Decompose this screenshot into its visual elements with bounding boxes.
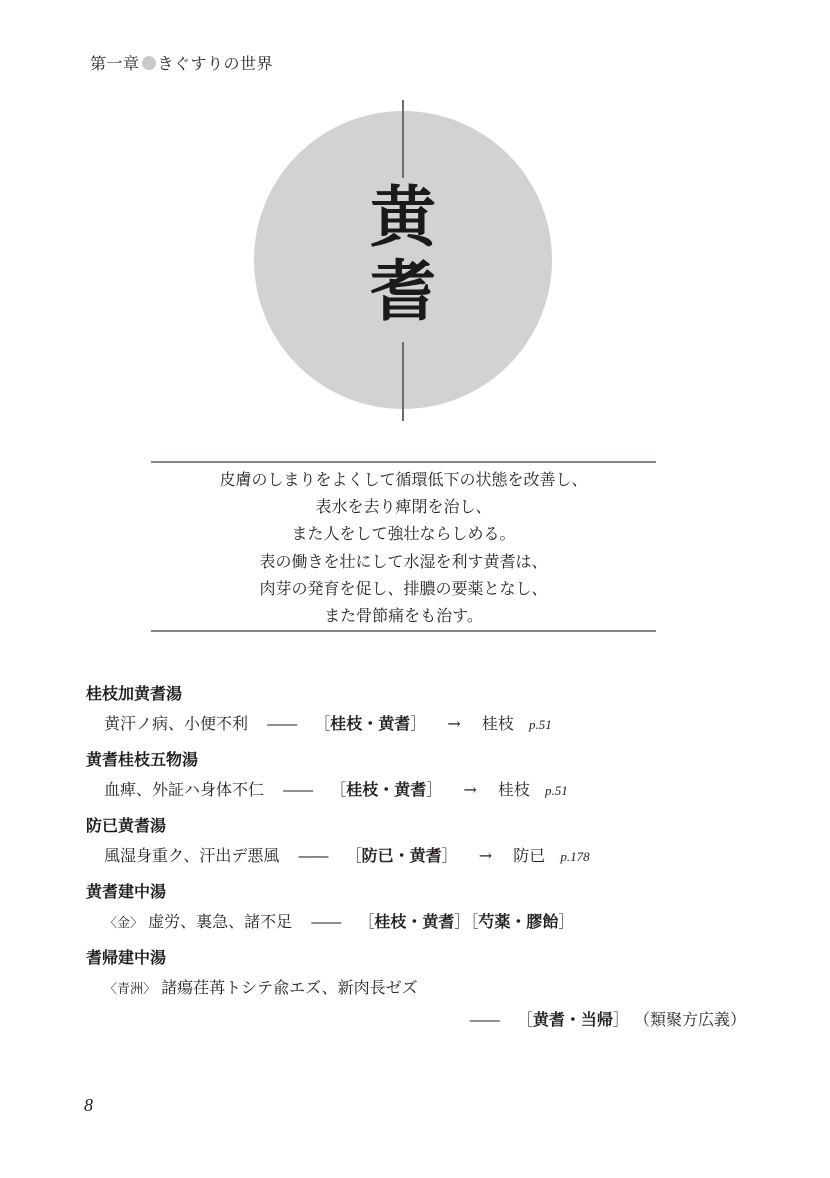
dash: ―― <box>470 1004 498 1036</box>
bullet-dot-icon <box>142 56 156 70</box>
herb-group: ［黄耆・当帰］ <box>517 1010 629 1029</box>
page-ref-link[interactable]: p.51 <box>529 717 552 732</box>
formula-name: 耆帰建中湯 <box>86 944 756 972</box>
herb-group: ［桂枝・黄耆］ <box>314 714 426 733</box>
formula-name: 黄耆建中湯 <box>86 878 756 906</box>
herb-title-char: 耆 <box>353 254 453 328</box>
formula-entry: 黄耆建中湯 〈金〉 虚労、裏急、諸不足 ―― ［桂枝・黄耆］［芍薬・膠飴］ <box>86 878 756 944</box>
dash: ―― <box>298 840 326 872</box>
formula-detail: 血痺、外証ハ身体不仁 ―― ［桂枝・黄耆］ → 桂枝 p.51 <box>86 774 756 812</box>
summary-rule-top <box>151 461 656 463</box>
indication: 諸瘍荏苒トシテ兪エズ、新肉長ゼズ <box>161 978 417 997</box>
ref-herb: 桂枝 <box>482 714 514 733</box>
herb-group: ［桂枝・黄耆］ <box>330 780 442 799</box>
formula-list: 桂枝加黄耆湯 黄汗ノ病、小便不利 ―― ［桂枝・黄耆］ → 桂枝 p.51 黄耆… <box>86 680 756 1040</box>
summary-line: 表水を去り痺閉を治し、 <box>151 493 656 520</box>
herb-group: ［桂枝・黄耆］ <box>358 912 470 931</box>
formula-detail-continued: ―― ［黄耆・当帰］ （類聚方広義） <box>86 1004 756 1040</box>
summary-rule-bottom <box>151 630 656 632</box>
vertical-rule-bottom <box>402 342 404 421</box>
indication: 虚労、裏急、諸不足 <box>148 912 292 931</box>
summary-line: また骨節痛をも治す。 <box>151 602 656 629</box>
page-ref-link[interactable]: p.178 <box>560 849 589 864</box>
herb-group: ［芍薬・膠飴］ <box>470 912 574 931</box>
source-prefix: 〈青洲〉 <box>104 982 156 997</box>
dash: ―― <box>311 906 339 938</box>
vertical-rule-top <box>402 100 404 178</box>
ref-herb: 防已 <box>513 846 545 865</box>
herb-title: 黄 耆 <box>353 180 453 328</box>
summary-line: 肉芽の発育を促し、排膿の要薬となし、 <box>151 575 656 602</box>
page-ref-link[interactable]: p.51 <box>545 783 568 798</box>
formula-name: 黄耆桂枝五物湯 <box>86 746 756 774</box>
source-citation: （類聚方広義） <box>634 1010 746 1029</box>
dash: ―― <box>267 708 295 740</box>
indication: 血痺、外証ハ身体不仁 <box>104 780 264 799</box>
arrow-icon: → <box>463 780 476 799</box>
formula-detail: 〈青洲〉 諸瘍荏苒トシテ兪エズ、新肉長ゼズ <box>86 972 756 1004</box>
formula-detail: 黄汗ノ病、小便不利 ―― ［桂枝・黄耆］ → 桂枝 p.51 <box>86 708 756 746</box>
herb-group: ［防已・黄耆］ <box>346 846 458 865</box>
arrow-icon: → <box>479 846 492 865</box>
formula-entry: 耆帰建中湯 〈青洲〉 諸瘍荏苒トシテ兪エズ、新肉長ゼズ ―― ［黄耆・当帰］ （… <box>86 944 756 1040</box>
ref-herb: 桂枝 <box>498 780 530 799</box>
formula-detail: 〈金〉 虚労、裏急、諸不足 ―― ［桂枝・黄耆］［芍薬・膠飴］ <box>86 906 756 944</box>
chapter-title: きぐすりの世界 <box>158 51 274 74</box>
running-head: 第一章 きぐすりの世界 <box>90 51 273 74</box>
formula-entry: 防已黄耆湯 風湿身重ク、汗出デ悪風 ―― ［防已・黄耆］ → 防已 p.178 <box>86 812 756 878</box>
summary-line: 表の働きを壮にして水湿を利す黄耆は、 <box>151 548 656 575</box>
summary-text: 皮膚のしまりをよくして循環低下の状態を改善し、 表水を去り痺閉を治し、 また人を… <box>151 466 656 629</box>
indication: 風湿身重ク、汗出デ悪風 <box>104 846 279 865</box>
source-prefix: 〈金〉 <box>104 916 143 931</box>
indication: 黄汗ノ病、小便不利 <box>104 714 248 733</box>
dash: ―― <box>283 774 311 806</box>
formula-name: 防已黄耆湯 <box>86 812 756 840</box>
formula-name: 桂枝加黄耆湯 <box>86 680 756 708</box>
formula-entry: 桂枝加黄耆湯 黄汗ノ病、小便不利 ―― ［桂枝・黄耆］ → 桂枝 p.51 <box>86 680 756 746</box>
page-number: 8 <box>84 1095 93 1116</box>
summary-line: また人をして強壮ならしめる。 <box>151 520 656 547</box>
herb-title-char: 黄 <box>353 180 453 254</box>
formula-entry: 黄耆桂枝五物湯 血痺、外証ハ身体不仁 ―― ［桂枝・黄耆］ → 桂枝 p.51 <box>86 746 756 812</box>
arrow-icon: → <box>447 714 460 733</box>
summary-line: 皮膚のしまりをよくして循環低下の状態を改善し、 <box>151 466 656 493</box>
formula-detail: 風湿身重ク、汗出デ悪風 ―― ［防已・黄耆］ → 防已 p.178 <box>86 840 756 878</box>
chapter-label: 第一章 <box>90 51 140 74</box>
